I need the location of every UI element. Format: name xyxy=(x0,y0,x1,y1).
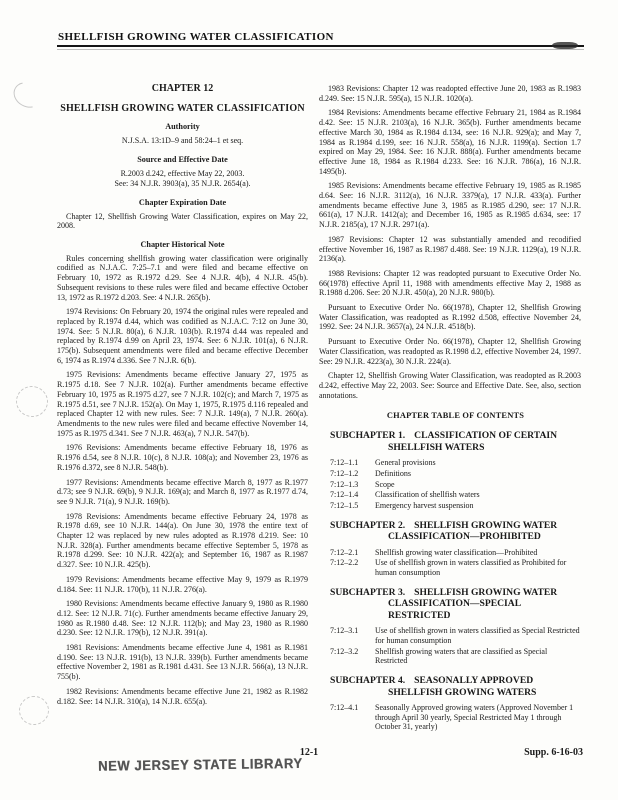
supplement-date: Supp. 6-16-03 xyxy=(524,747,583,758)
table-of-contents: CHAPTER TABLE OF CONTENTS SUBCHAPTER 1.C… xyxy=(319,411,581,732)
toc-entry-text: Classification of shellfish waters xyxy=(375,490,581,500)
toc-entry-text: Shellfish growing water classification—P… xyxy=(375,548,581,558)
source-line: See: 34 N.J.R. 3903(a), 35 N.J.R. 2654(a… xyxy=(57,179,308,189)
chapter-number: CHAPTER 12 xyxy=(57,84,308,94)
historical-paragraph: 1978 Revisions: Amendments became effect… xyxy=(57,512,308,570)
toc-entry-text: General provisions xyxy=(375,458,581,468)
toc-entry: 7:12–3.1 Use of shellfish grown in water… xyxy=(330,626,581,645)
revision-paragraph: Pursuant to Executive Order No. 66(1978)… xyxy=(319,337,581,366)
toc-entry-text: Use of shellfish grown in waters classif… xyxy=(375,626,581,645)
subchapter-4-heading: SUBCHAPTER 4.SEASONALLY APPROVED SHELLFI… xyxy=(330,675,581,698)
toc-entry: 7:12–2.2 Use of shellfish grown in water… xyxy=(330,558,581,577)
toc-entry-number: 7:12–1.5 xyxy=(330,501,375,511)
historical-paragraph: 1976 Revisions: Amendments became effect… xyxy=(57,443,308,472)
toc-entry-number: 7:12–2.2 xyxy=(330,558,375,577)
toc-entry-text: Shellfish growing waters that are classi… xyxy=(375,647,581,666)
subchapter-2-heading: SUBCHAPTER 2.SHELLFISH GROWING WATER CLA… xyxy=(330,520,581,543)
header-rule-secondary xyxy=(57,49,584,50)
subchapter-label: SUBCHAPTER 2. xyxy=(330,520,405,531)
toc-entry: 7:12–1.1 General provisions xyxy=(330,458,581,468)
page-body: CHAPTER 12 SHELLFISH GROWING WATER CLASS… xyxy=(57,84,581,733)
toc-entry-text: Emergency harvest suspension xyxy=(375,501,581,511)
historical-paragraph: 1975 Revisions: Amendments became effect… xyxy=(57,370,308,438)
historical-paragraph: 1981 Revisions: Amendments became effect… xyxy=(57,643,308,682)
revision-paragraph: 1988 Revisions: Chapter 12 was readopted… xyxy=(319,269,581,298)
historical-paragraph: 1980 Revisions: Amendments became effect… xyxy=(57,599,308,638)
toc-entry: 7:12–1.4 Classification of shellfish wat… xyxy=(330,490,581,500)
toc-entry-number: 7:12–1.1 xyxy=(330,458,375,468)
right-column: 1983 Revisions: Chapter 12 was readopted… xyxy=(319,84,581,733)
left-column: CHAPTER 12 SHELLFISH GROWING WATER CLASS… xyxy=(57,84,308,733)
subchapter-3-heading: SUBCHAPTER 3.SHELLFISH GROWING WATER CLA… xyxy=(330,587,581,622)
toc-entry-text: Scope xyxy=(375,480,581,490)
header-rule xyxy=(57,45,584,47)
expiration-text: Chapter 12, Shellfish Growing Water Clas… xyxy=(57,212,308,231)
subchapter-title: CLASSIFICATION OF CERTAIN SHELLFISH WATE… xyxy=(388,430,557,453)
historical-note-heading: Chapter Historical Note xyxy=(57,240,308,250)
historical-paragraph: 1979 Revisions: Amendments became effect… xyxy=(57,575,308,594)
scan-smudge xyxy=(552,42,578,49)
historical-paragraph: 1977 Revisions: Amendments became effect… xyxy=(57,478,308,507)
toc-entry: 7:12–2.1 Shellfish growing water classif… xyxy=(330,548,581,558)
toc-entry-text: Use of shellfish grown in waters classif… xyxy=(375,558,581,577)
revision-paragraph: Pursuant to Executive Order No. 66(1978)… xyxy=(319,303,581,332)
toc-entry: 7:12–1.2 Definitions xyxy=(330,469,581,479)
chapter-title: SHELLFISH GROWING WATER CLASSIFICATION xyxy=(57,104,308,114)
historical-paragraph: 1982 Revisions: Amendments became effect… xyxy=(57,687,308,706)
historical-paragraph: Rules concerning shellfish growing water… xyxy=(57,254,308,303)
margin-scan-mark xyxy=(13,383,51,420)
subchapter-title: SHELLFISH GROWING WATER CLASSIFICATION—P… xyxy=(388,520,557,543)
toc-entry: 7:12–4.1 Seasonally Approved growing wat… xyxy=(330,703,581,732)
authority-text: N.J.S.A. 13:1D–9 and 58:24–1 et seq. xyxy=(57,136,308,146)
library-stamp: NEW JERSEY STATE LIBRARY xyxy=(98,755,303,774)
toc-entry-number: 7:12–3.1 xyxy=(330,626,375,645)
subchapter-label: SUBCHAPTER 3. xyxy=(330,587,405,598)
margin-scan-mark xyxy=(17,694,51,727)
subchapter-title: SEASONALLY APPROVED SHELLFISH GROWING WA… xyxy=(388,675,536,698)
toc-heading: CHAPTER TABLE OF CONTENTS xyxy=(330,411,581,421)
toc-entry-number: 7:12–3.2 xyxy=(330,647,375,666)
authority-heading: Authority xyxy=(57,122,308,132)
revision-paragraph: 1983 Revisions: Chapter 12 was readopted… xyxy=(319,84,581,103)
toc-entry-text: Seasonally Approved growing waters (Appr… xyxy=(375,703,581,732)
toc-entry: 7:12–3.2 Shellfish growing waters that a… xyxy=(330,647,581,666)
document-page: SHELLFISH GROWING WATER CLASSIFICATION C… xyxy=(0,0,618,800)
toc-entry: 7:12–1.5 Emergency harvest suspension xyxy=(330,501,581,511)
subchapter-title: SHELLFISH GROWING WATER CLASSIFICATION—S… xyxy=(388,587,557,621)
toc-entry-number: 7:12–1.4 xyxy=(330,490,375,500)
subchapter-label: SUBCHAPTER 1. xyxy=(330,430,405,441)
expiration-heading: Chapter Expiration Date xyxy=(57,198,308,208)
revision-paragraph: 1984 Revisions: Amendments became effect… xyxy=(319,108,581,176)
running-header: SHELLFISH GROWING WATER CLASSIFICATION xyxy=(58,31,580,43)
source-heading: Source and Effective Date xyxy=(57,155,308,165)
revision-paragraph: Chapter 12, Shellfish Growing Water Clas… xyxy=(319,371,581,400)
toc-entry-text: Definitions xyxy=(375,469,581,479)
revision-paragraph: 1987 Revisions: Chapter 12 was substanti… xyxy=(319,235,581,264)
source-line: R.2003 d.242, effective May 22, 2003. xyxy=(57,169,308,179)
toc-entry-number: 7:12–1.3 xyxy=(330,480,375,490)
historical-paragraph: 1974 Revisions: On February 20, 1974 the… xyxy=(57,307,308,365)
subchapter-label: SUBCHAPTER 4. xyxy=(330,675,405,686)
toc-entry-number: 7:12–4.1 xyxy=(330,703,375,732)
subchapter-1-heading: SUBCHAPTER 1.CLASSIFICATION OF CERTAIN S… xyxy=(330,430,581,453)
toc-entry-number: 7:12–2.1 xyxy=(330,548,375,558)
toc-entry: 7:12–1.3 Scope xyxy=(330,480,581,490)
toc-entry-number: 7:12–1.2 xyxy=(330,469,375,479)
revision-paragraph: 1985 Revisions: Amendments became effect… xyxy=(319,181,581,230)
margin-scan-mark xyxy=(9,77,46,112)
